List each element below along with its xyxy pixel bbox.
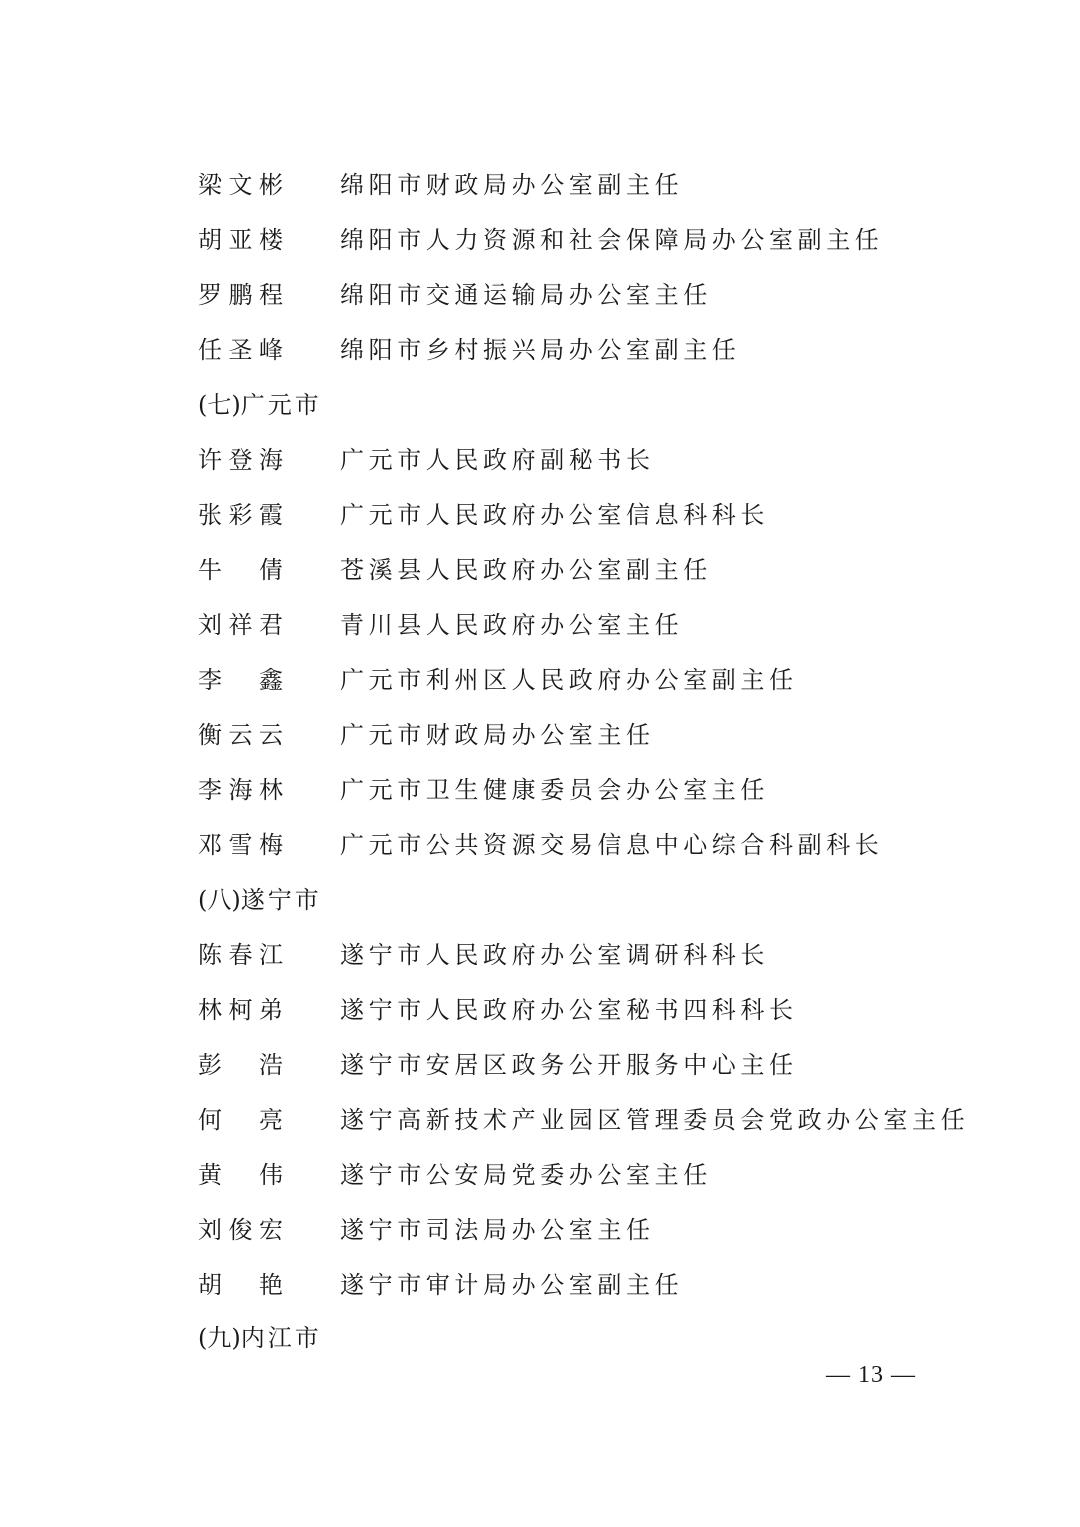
person-title: 广元市利州区人民政府办公室副主任	[340, 660, 798, 700]
section-number: (九)	[198, 1324, 241, 1352]
person-title: 遂宁市人民政府办公室调研科科长	[340, 935, 769, 975]
person-title: 绵阳市财政局办公室副主任	[340, 165, 683, 205]
person-name: 李 鑫	[198, 660, 288, 700]
person-title: 广元市卫生健康委员会办公室主任	[340, 770, 769, 810]
person-title: 广元市公共资源交易信息中心综合科副科长	[340, 825, 883, 865]
person-title: 广元市财政局办公室主任	[340, 715, 655, 755]
person-name: 黄 伟	[198, 1155, 288, 1195]
section-number: (八)	[198, 886, 241, 914]
person-title: 苍溪县人民政府办公室副主任	[340, 550, 712, 590]
section-city: 内江市	[241, 1324, 322, 1352]
document-page: 梁 文 彬 绵阳市财政局办公室副主任 胡 亚 楼 绵阳市人力资源和社会保障局办公…	[0, 0, 1080, 1527]
section-city: 遂宁市	[241, 886, 322, 914]
person-name: 胡 艳	[198, 1265, 288, 1305]
person-name: 罗 鹏 程	[198, 275, 288, 315]
person-title: 遂宁市审计局办公室副主任	[340, 1265, 683, 1305]
person-title: 遂宁市司法局办公室主任	[340, 1210, 655, 1250]
person-name: 刘 俊 宏	[198, 1210, 288, 1250]
person-title: 遂宁高新技术产业园区管理委员会党政办公室主任	[340, 1100, 969, 1140]
person-name: 刘 祥 君	[198, 605, 288, 645]
person-name: 李 海 林	[198, 770, 288, 810]
person-title: 绵阳市乡村振兴局办公室副主任	[340, 330, 740, 370]
person-name: 张 彩 霞	[198, 495, 288, 535]
person-name: 何 亮	[198, 1100, 288, 1140]
person-name: 任 圣 峰	[198, 330, 288, 370]
section-heading: (七)广元市	[198, 385, 322, 425]
person-name: 胡 亚 楼	[198, 220, 288, 260]
page-number: — 13 —	[826, 1362, 916, 1389]
section-heading: (九)内江市	[198, 1318, 322, 1358]
person-name: 牛 倩	[198, 550, 288, 590]
person-title: 遂宁市公安局党委办公室主任	[340, 1155, 712, 1195]
section-number: (七)	[198, 391, 241, 419]
person-title: 绵阳市人力资源和社会保障局办公室副主任	[340, 220, 883, 260]
person-name: 许 登 海	[198, 440, 288, 480]
person-title: 广元市人民政府副秘书长	[340, 440, 655, 480]
section-city: 广元市	[241, 391, 322, 419]
person-name: 衡 云 云	[198, 715, 288, 755]
person-title: 遂宁市人民政府办公室秘书四科科长	[340, 990, 798, 1030]
person-title: 遂宁市安居区政务公开服务中心主任	[340, 1045, 798, 1085]
person-name: 梁 文 彬	[198, 165, 288, 205]
person-name: 林 柯 弟	[198, 990, 288, 1030]
person-name: 邓 雪 梅	[198, 825, 288, 865]
person-name: 彭 浩	[198, 1045, 288, 1085]
person-title: 青川县人民政府办公室主任	[340, 605, 683, 645]
person-title: 广元市人民政府办公室信息科科长	[340, 495, 769, 535]
section-heading: (八)遂宁市	[198, 880, 322, 920]
person-name: 陈 春 江	[198, 935, 288, 975]
person-title: 绵阳市交通运输局办公室主任	[340, 275, 712, 315]
